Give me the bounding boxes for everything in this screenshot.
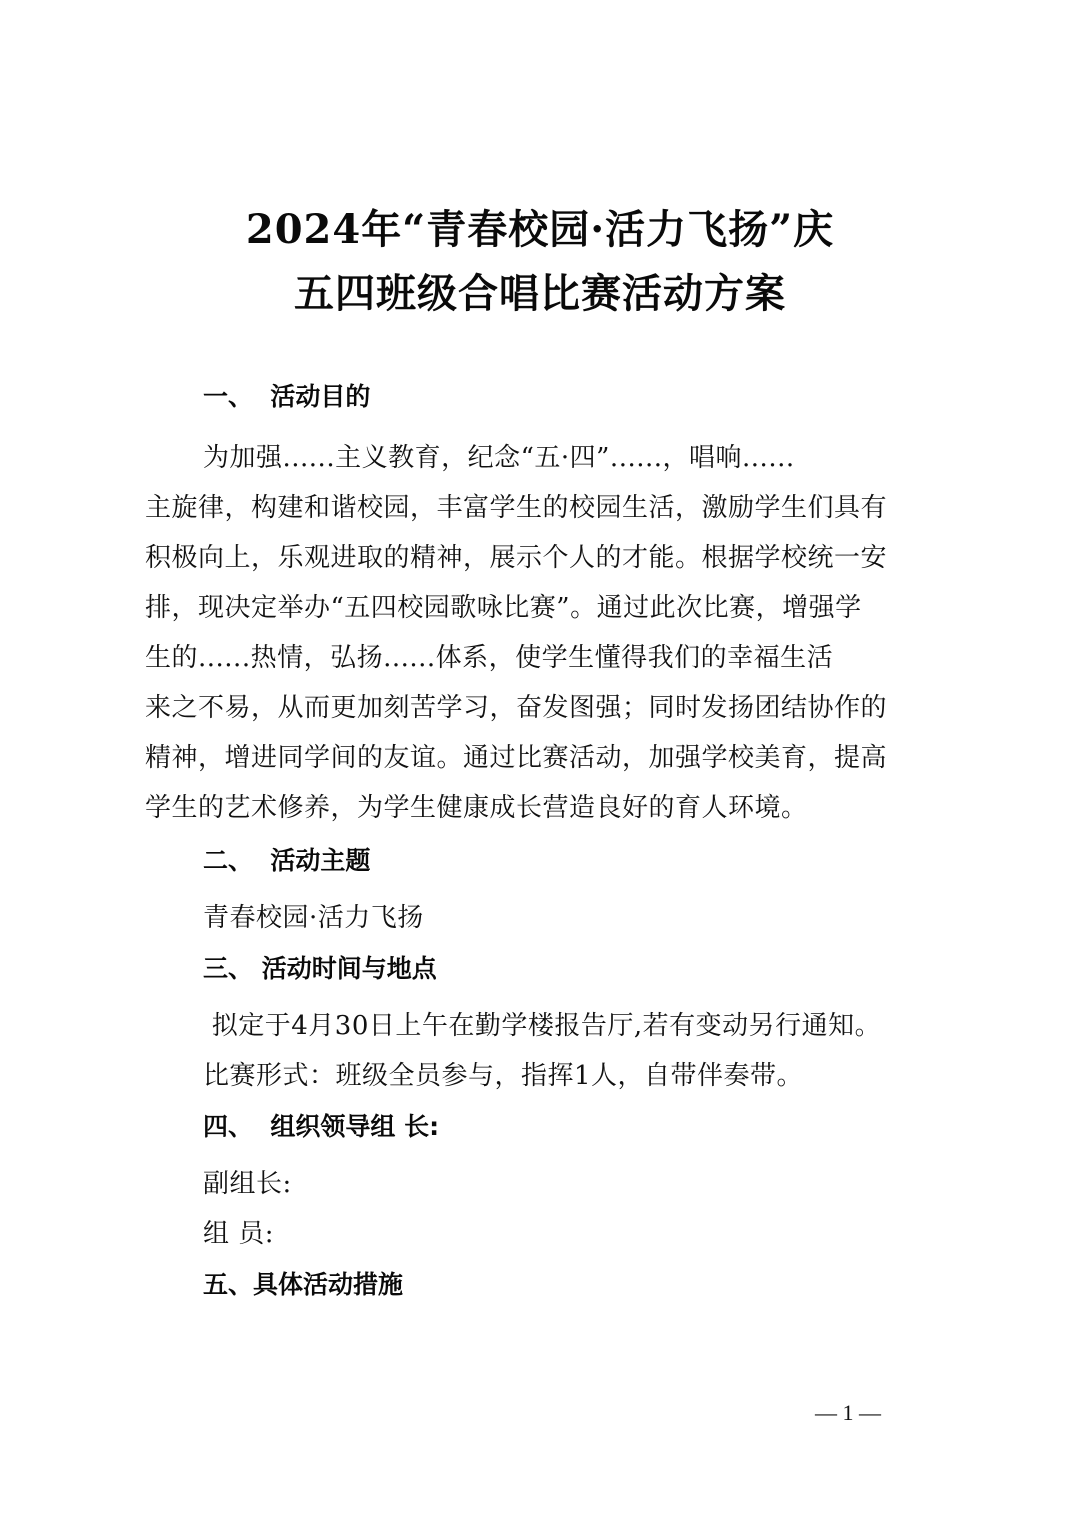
section-4-line-1: 副组长: <box>203 1163 292 1200</box>
section-1-line-3: 积极向上，乐观进取的精神，展示个人的才能。根据学校统一安 <box>145 537 887 574</box>
section-1-line-6: 来之不易，从而更加刻苦学习，奋发图强；同时发扬团结协作的 <box>145 687 887 724</box>
section-2-heading: 二、 活动主题 <box>203 841 370 877</box>
section-1-heading: 一、 活动目的 <box>203 377 370 413</box>
section-1-line-7: 精神，增进同学间的友谊。通过比赛活动，加强学校美育，提高 <box>145 737 887 774</box>
section-4-heading: 四、 组织领导组 长: <box>203 1107 439 1143</box>
section-3-line-1: 拟定于4月30日上午在勤学楼报告厅,若有变动另行通知。 <box>203 1005 881 1042</box>
section-1-line-5: 生的......热情，弘扬......体系，使学生懂得我们的幸福生活 <box>145 637 833 674</box>
section-2-line-1: 青春校园·活力飞扬 <box>203 897 424 934</box>
section-5-heading: 五、具体活动措施 <box>203 1265 403 1301</box>
page-number: — 1 — <box>815 1400 881 1426</box>
document-title-line-1: 2024年“青春校园·活力飞扬”庆 <box>0 198 1080 255</box>
section-1-line-2: 主旋律，构建和谐校园，丰富学生的校园生活，激励学生们具有 <box>145 487 887 524</box>
document-title-line-2: 五四班级合唱比赛活动方案 <box>0 262 1080 319</box>
section-1-line-8: 学生的艺术修养，为学生健康成长营造良好的育人环境。 <box>145 787 808 824</box>
section-3-heading: 三、 活动时间与地点 <box>203 949 437 985</box>
section-3-line-2: 比赛形式：班级全员参与，指挥1人，自带伴奏带。 <box>203 1055 803 1092</box>
section-1-line-4: 排，现决定举办“五四校园歌咏比赛”。通过此次比赛，增强学 <box>145 587 862 624</box>
section-4-line-2: 组 员: <box>203 1213 274 1250</box>
section-1-line-1: 为加强......主义教育，纪念“五·四”......，唱响...... <box>203 437 795 474</box>
